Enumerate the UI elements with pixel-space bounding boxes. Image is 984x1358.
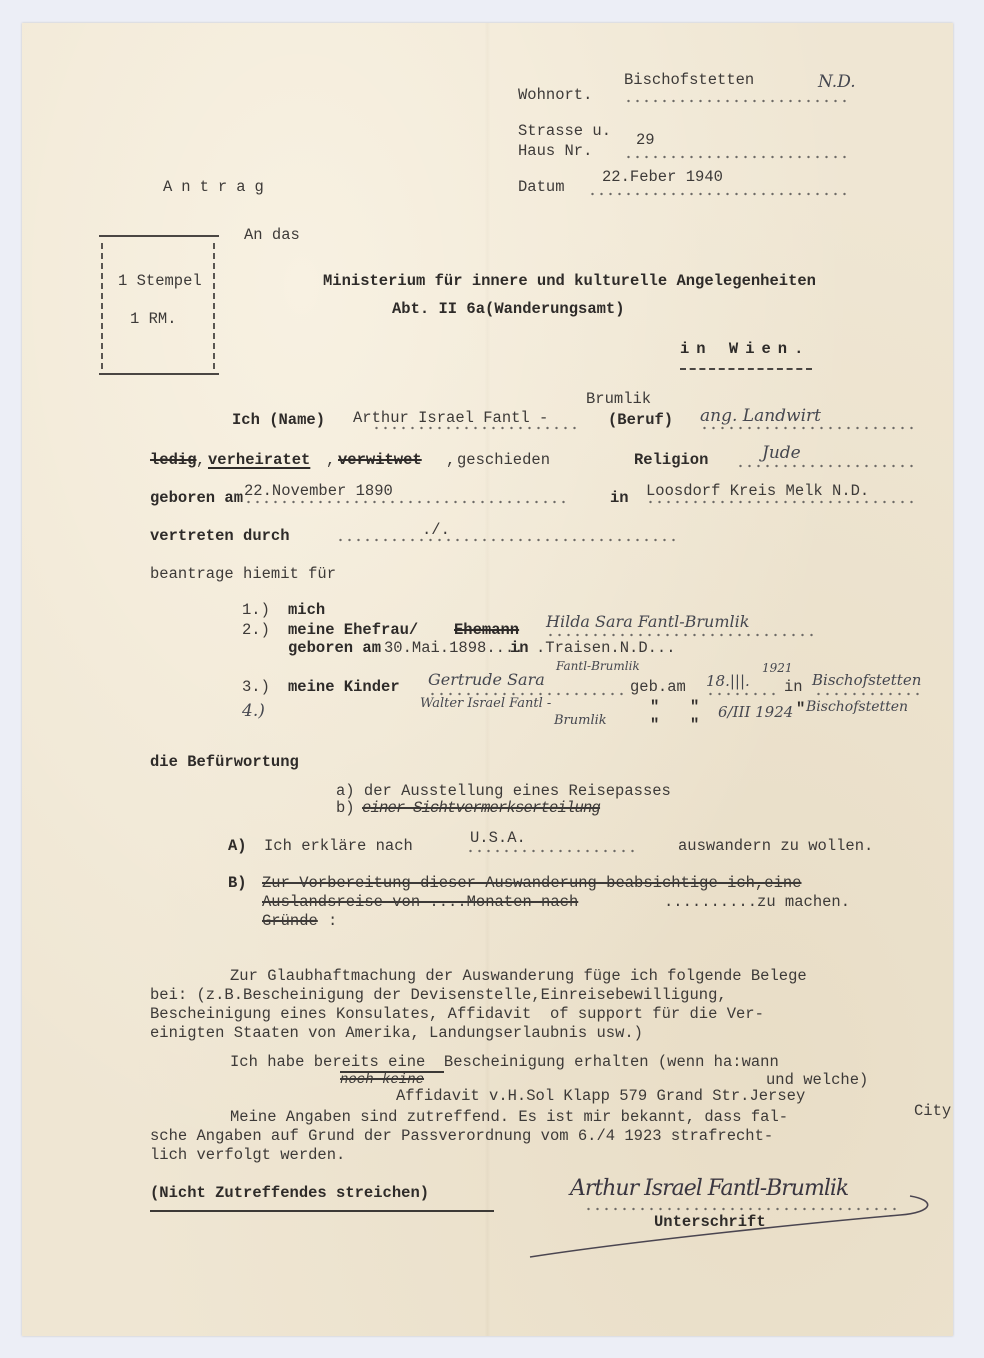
signature-flourish [0,0,984,1358]
